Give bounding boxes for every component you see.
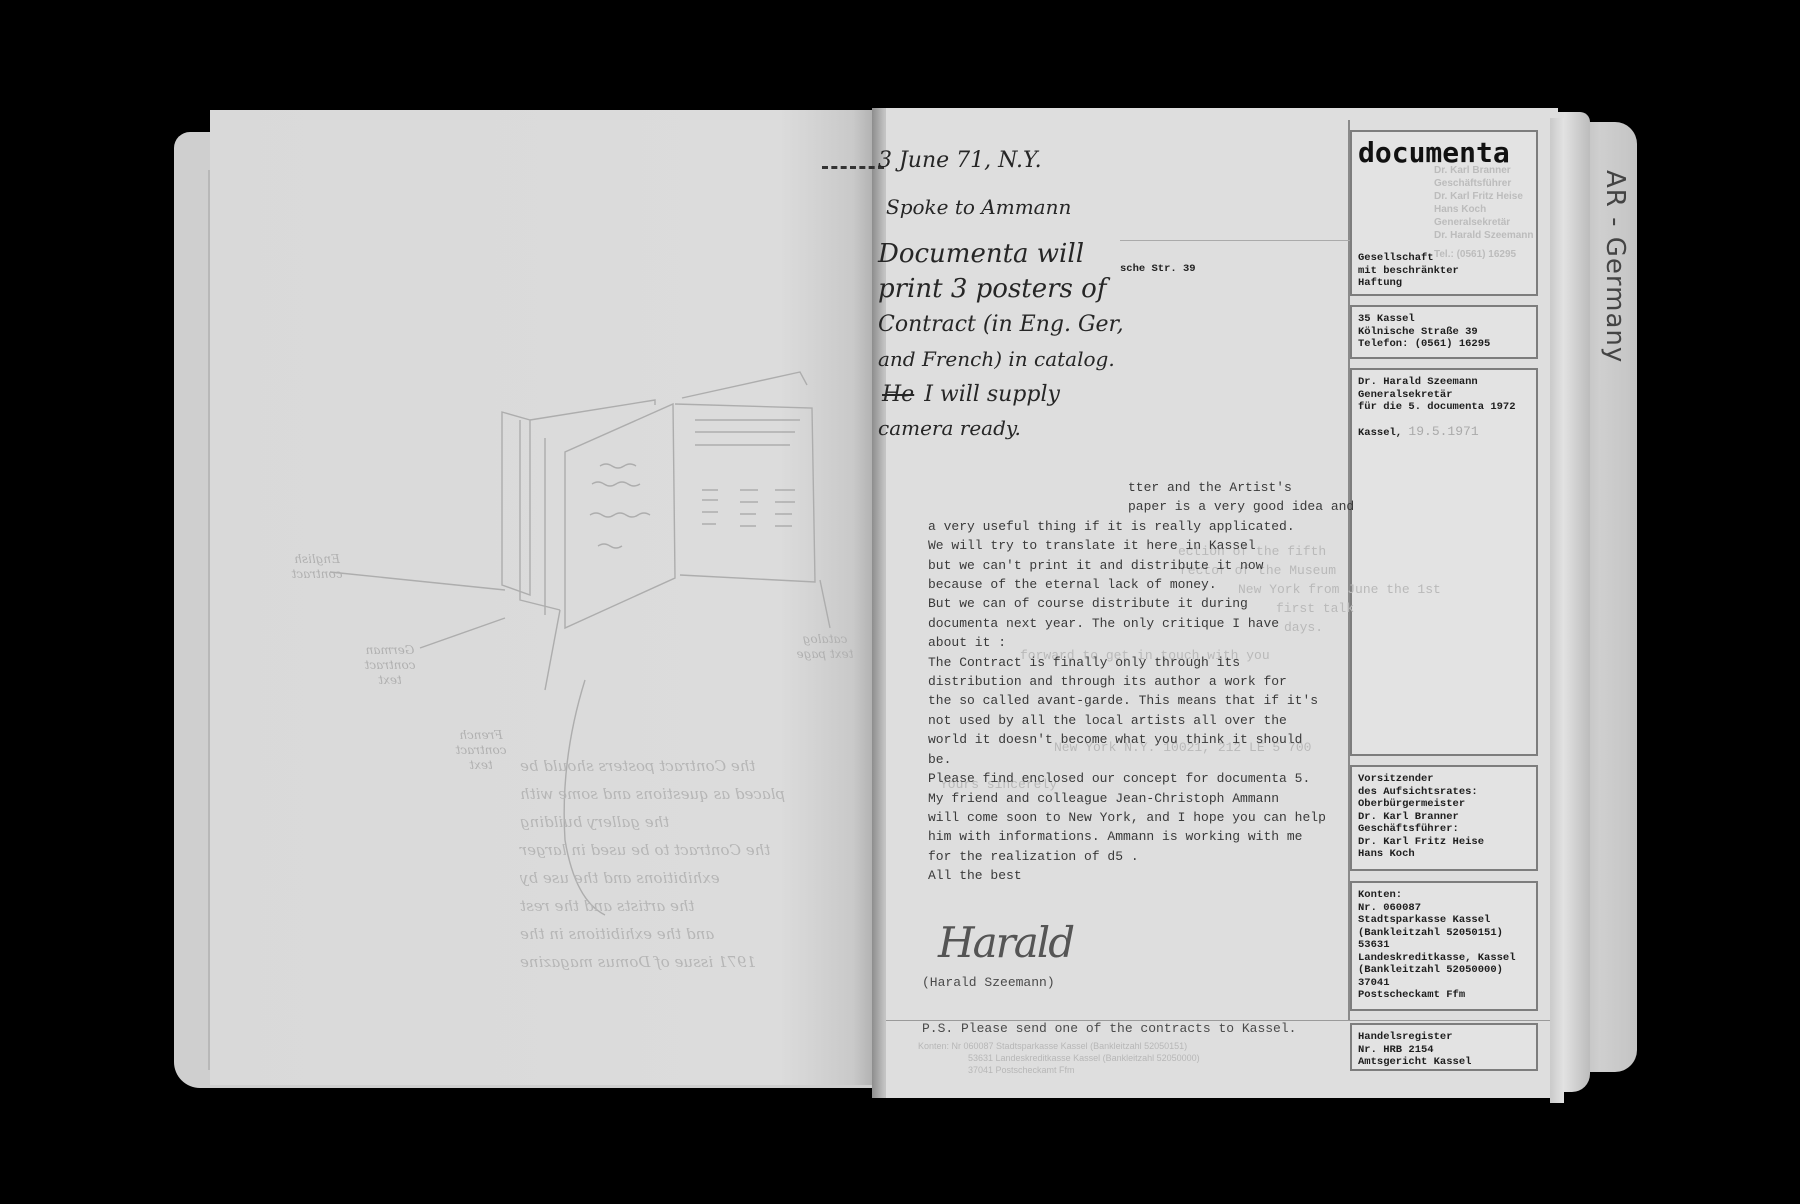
faint-line: Hans Koch: [1434, 203, 1533, 216]
board-line: Vorsitzender: [1358, 773, 1530, 786]
place-date-line: Kassel, 19.5.1971: [1358, 426, 1530, 440]
left-page-bleed-text: the Contract posters should be placed as…: [520, 752, 880, 976]
register-line: Amtsgericht Kassel: [1358, 1056, 1530, 1069]
note-line: camera ready.: [878, 412, 1124, 444]
letter-line: Please find enclosed our concept for doc…: [928, 769, 1348, 788]
account-line: 53631: [1358, 939, 1530, 952]
letterhead-register-box: Handelsregister Nr. HRB 2154 Amtsgericht…: [1350, 1023, 1538, 1071]
board-line: des Aufsichtsrates:: [1358, 786, 1530, 799]
account-line: (Bankleitzahl 52050000): [1358, 964, 1530, 977]
account-line: Postscheckamt Ffm: [1358, 989, 1530, 1002]
letter-line: about it :: [928, 633, 1348, 652]
account-line: Konten:: [1358, 889, 1530, 902]
letter-line: will come soon to New York, and I hope y…: [928, 808, 1348, 827]
bleed-line: placed as questions and some with: [520, 780, 880, 808]
letter-line: be.: [928, 750, 1348, 769]
board-line: Dr. Karl Branner: [1358, 811, 1530, 824]
letterhead-board-box: Vorsitzender des Aufsichtsrates: Oberbür…: [1350, 765, 1538, 871]
letter-line: a very useful thing if it is really appl…: [928, 517, 1348, 536]
letter-line: But we can of course distribute it durin…: [928, 594, 1348, 613]
signature-name: (Harald Szeemann): [922, 975, 1055, 990]
street-fragment: sche Str. 39: [1120, 240, 1352, 283]
address-line: Telefon: (0561) 16295: [1358, 338, 1530, 351]
note-line: print 3 posters of: [878, 272, 1124, 307]
company-form-line: Gesellschaft: [1358, 252, 1459, 265]
letter-line: tter and the Artist's: [928, 478, 1348, 497]
account-line: Stadtsparkasse Kassel: [1358, 914, 1530, 927]
account-line: (Bankleitzahl 52050151): [1358, 927, 1530, 940]
letter-line: but we can't print it and distribute it …: [928, 556, 1348, 575]
sender-line: Generalsekretär: [1358, 389, 1530, 402]
letter-body: tter and the Artist's paper is a very go…: [928, 478, 1348, 886]
faint-header-stack: Dr. Karl Branner Geschäftsführer Dr. Kar…: [1434, 164, 1533, 261]
footer-bleed-line: Konten: Nr 060087 Stadtsparkasse Kassel …: [918, 1040, 1200, 1052]
board-line: Dr. Karl Fritz Heise: [1358, 836, 1530, 849]
footer-bleed: Konten: Nr 060087 Stadtsparkasse Kassel …: [918, 1040, 1200, 1076]
board-line: Hans Koch: [1358, 848, 1530, 861]
bleed-line: the gallery building: [520, 808, 880, 836]
letter-line: for the realization of d5 .: [928, 847, 1348, 866]
letter-line: world it doesn't become what you think i…: [928, 730, 1348, 749]
bleed-line: exhibitions and the use by: [520, 864, 880, 892]
letter-date: 19.5.1971: [1408, 424, 1478, 439]
note-line: Spoke to Ammann: [878, 195, 1124, 219]
note-line-text: I will supply: [924, 382, 1060, 407]
account-line: Landeskreditkasse, Kassel: [1358, 952, 1530, 965]
note-line: Documenta will: [878, 237, 1124, 272]
letter-line: not used by all the local artists all ov…: [928, 711, 1348, 730]
faint-line: Generalsekretär: [1434, 216, 1533, 229]
letter-line: My friend and colleague Jean-Christoph A…: [928, 789, 1348, 808]
note-line: Contract (in Eng. Ger,: [878, 307, 1124, 342]
letter-line: because of the eternal lack of money.: [928, 575, 1348, 594]
account-line: Nr. 060087: [1358, 902, 1530, 915]
letterhead-address-box: 35 Kassel Kölnische Straße 39 Telefon: (…: [1350, 305, 1538, 359]
board-line: Geschäftsführer:: [1358, 823, 1530, 836]
company-form: Gesellschaft mit beschränkter Haftung: [1358, 252, 1459, 290]
sketch-label-1: English contract: [282, 552, 352, 582]
bleed-line: the artists and the rest: [520, 892, 880, 920]
letter-line: documenta next year. The only critique I…: [928, 614, 1348, 633]
place-label: Kassel,: [1358, 427, 1402, 439]
letter-line: him with informations. Ammann is working…: [928, 827, 1348, 846]
sketch-label-3: French contract text: [446, 728, 516, 773]
register-line: Handelsregister: [1358, 1031, 1530, 1044]
faint-line: Geschäftsführer: [1434, 177, 1533, 190]
footer-bleed-line: 37041 Postscheckamt Ffm: [918, 1064, 1200, 1076]
bleed-line: and the exhibitions in the: [520, 920, 880, 948]
address-line: Kölnische Straße 39: [1358, 326, 1530, 339]
bleed-line: the Contract to be used in larger: [520, 836, 880, 864]
faint-line: Dr. Karl Fritz Heise: [1434, 190, 1533, 203]
letter-line: All the best: [928, 866, 1348, 885]
handwritten-notes: 3 June 71, N.Y. Spoke to Ammann Document…: [878, 148, 1124, 444]
letter-line: The Contract is finally only through its: [928, 653, 1348, 672]
signature: Harald: [938, 918, 1073, 967]
bleed-line: the Contract posters should be: [520, 752, 880, 780]
faint-line: Dr. Harald Szeemann: [1434, 229, 1533, 242]
company-form-line: mit beschränkter: [1358, 265, 1459, 278]
sender-line: für die 5. documenta 1972: [1358, 401, 1530, 414]
letterhead-accounts-box: Konten: Nr. 060087 Stadtsparkasse Kassel…: [1350, 881, 1538, 1011]
handwritten-dash: [822, 166, 884, 172]
postscript: P.S. Please send one of the contracts to…: [922, 1021, 1296, 1036]
note-line: and French) in catalog.: [878, 342, 1124, 377]
bleed-line: 1971 issue of Domus magazine: [520, 948, 880, 976]
letter-line: We will try to translate it here in Kass…: [928, 536, 1348, 555]
register-line: Nr. HRB 2154: [1358, 1044, 1530, 1057]
board-line: Oberbürgermeister: [1358, 798, 1530, 811]
letter-line: paper is a very good idea and: [928, 497, 1348, 516]
sketch-label-2: German contract text: [355, 643, 425, 688]
note-date-line: 3 June 71, N.Y.: [878, 148, 1124, 173]
letter-line: the so called avant-garde. This means th…: [928, 691, 1348, 710]
address-line: 35 Kassel: [1358, 313, 1530, 326]
note-line: HeI will supply: [878, 377, 1124, 412]
letterhead-sender-box: Dr. Harald Szeemann Generalsekretär für …: [1350, 368, 1538, 756]
sketch-label-4: catalog text page: [790, 632, 860, 662]
company-form-line: Haftung: [1358, 277, 1459, 290]
sender-line: Dr. Harald Szeemann: [1358, 376, 1530, 389]
faint-line: Dr. Karl Branner: [1434, 164, 1533, 177]
account-line: 37041: [1358, 977, 1530, 990]
footer-bleed-line: 53631 Landeskreditkasse Kassel (Bankleit…: [918, 1052, 1200, 1064]
letter-line: distribution and through its author a wo…: [928, 672, 1348, 691]
letterhead-brand-box: documenta Dr. Karl Branner Geschäftsführ…: [1350, 130, 1538, 296]
